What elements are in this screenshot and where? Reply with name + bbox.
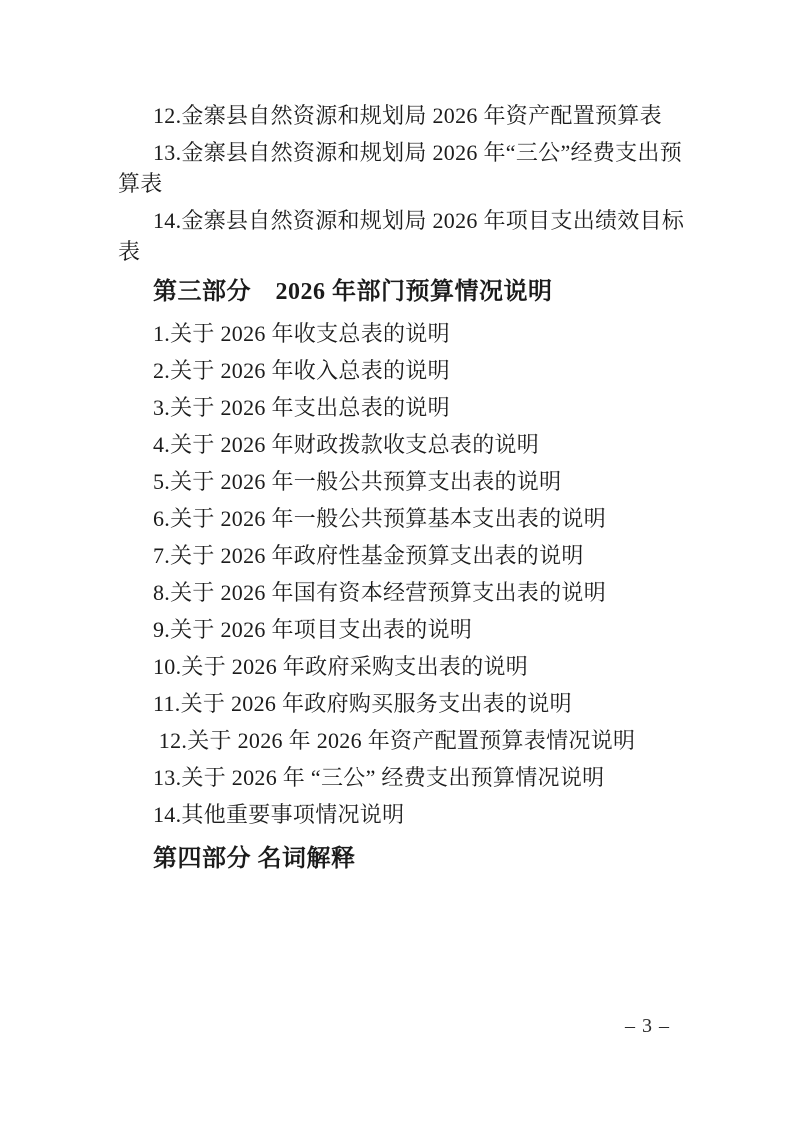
part3-item-3: 3.关于 2026 年支出总表的说明 [118,392,678,423]
part3-item-12: 12.关于 2026 年 2026 年资产配置预算表情况说明 [118,725,678,756]
part3-item-4: 4.关于 2026 年财政拨款收支总表的说明 [118,429,678,460]
document-page: 12.金寨县自然资源和规划局 2026 年资产配置预算表 13.金寨县自然资源和… [0,0,793,1122]
part3-item-1: 1.关于 2026 年收支总表的说明 [118,318,678,349]
toc-content: 12.金寨县自然资源和规划局 2026 年资产配置预算表 13.金寨县自然资源和… [118,100,678,875]
toc-item-14-line1: 14.金寨县自然资源和规划局 2026 年项目支出绩效目标 [118,205,678,236]
part3-item-13: 13.关于 2026 年 “三公” 经费支出预算情况说明 [118,762,678,793]
part3-item-11: 11.关于 2026 年政府购买服务支出表的说明 [118,688,678,719]
part3-item-2: 2.关于 2026 年收入总表的说明 [118,355,678,386]
toc-item-14-line2: 表 [118,236,678,267]
part3-item-5: 5.关于 2026 年一般公共预算支出表的说明 [118,466,678,497]
part3-item-10: 10.关于 2026 年政府采购支出表的说明 [118,651,678,682]
page-number: – 3 – [625,1015,670,1038]
toc-item-13-line1: 13.金寨县自然资源和规划局 2026 年“三公”经费支出预 [118,137,678,168]
part3-item-8: 8.关于 2026 年国有资本经营预算支出表的说明 [118,577,678,608]
toc-item-12: 12.金寨县自然资源和规划局 2026 年资产配置预算表 [118,100,678,131]
part3-item-9: 9.关于 2026 年项目支出表的说明 [118,614,678,645]
part4-heading: 第四部分 名词解释 [118,844,678,875]
part3-heading: 第三部分 2026 年部门预算情况说明 [118,277,678,308]
part3-item-14: 14.其他重要事项情况说明 [118,799,678,830]
part3-item-7: 7.关于 2026 年政府性基金预算支出表的说明 [118,540,678,571]
toc-item-13-line2: 算表 [118,168,678,199]
part3-item-6: 6.关于 2026 年一般公共预算基本支出表的说明 [118,503,678,534]
